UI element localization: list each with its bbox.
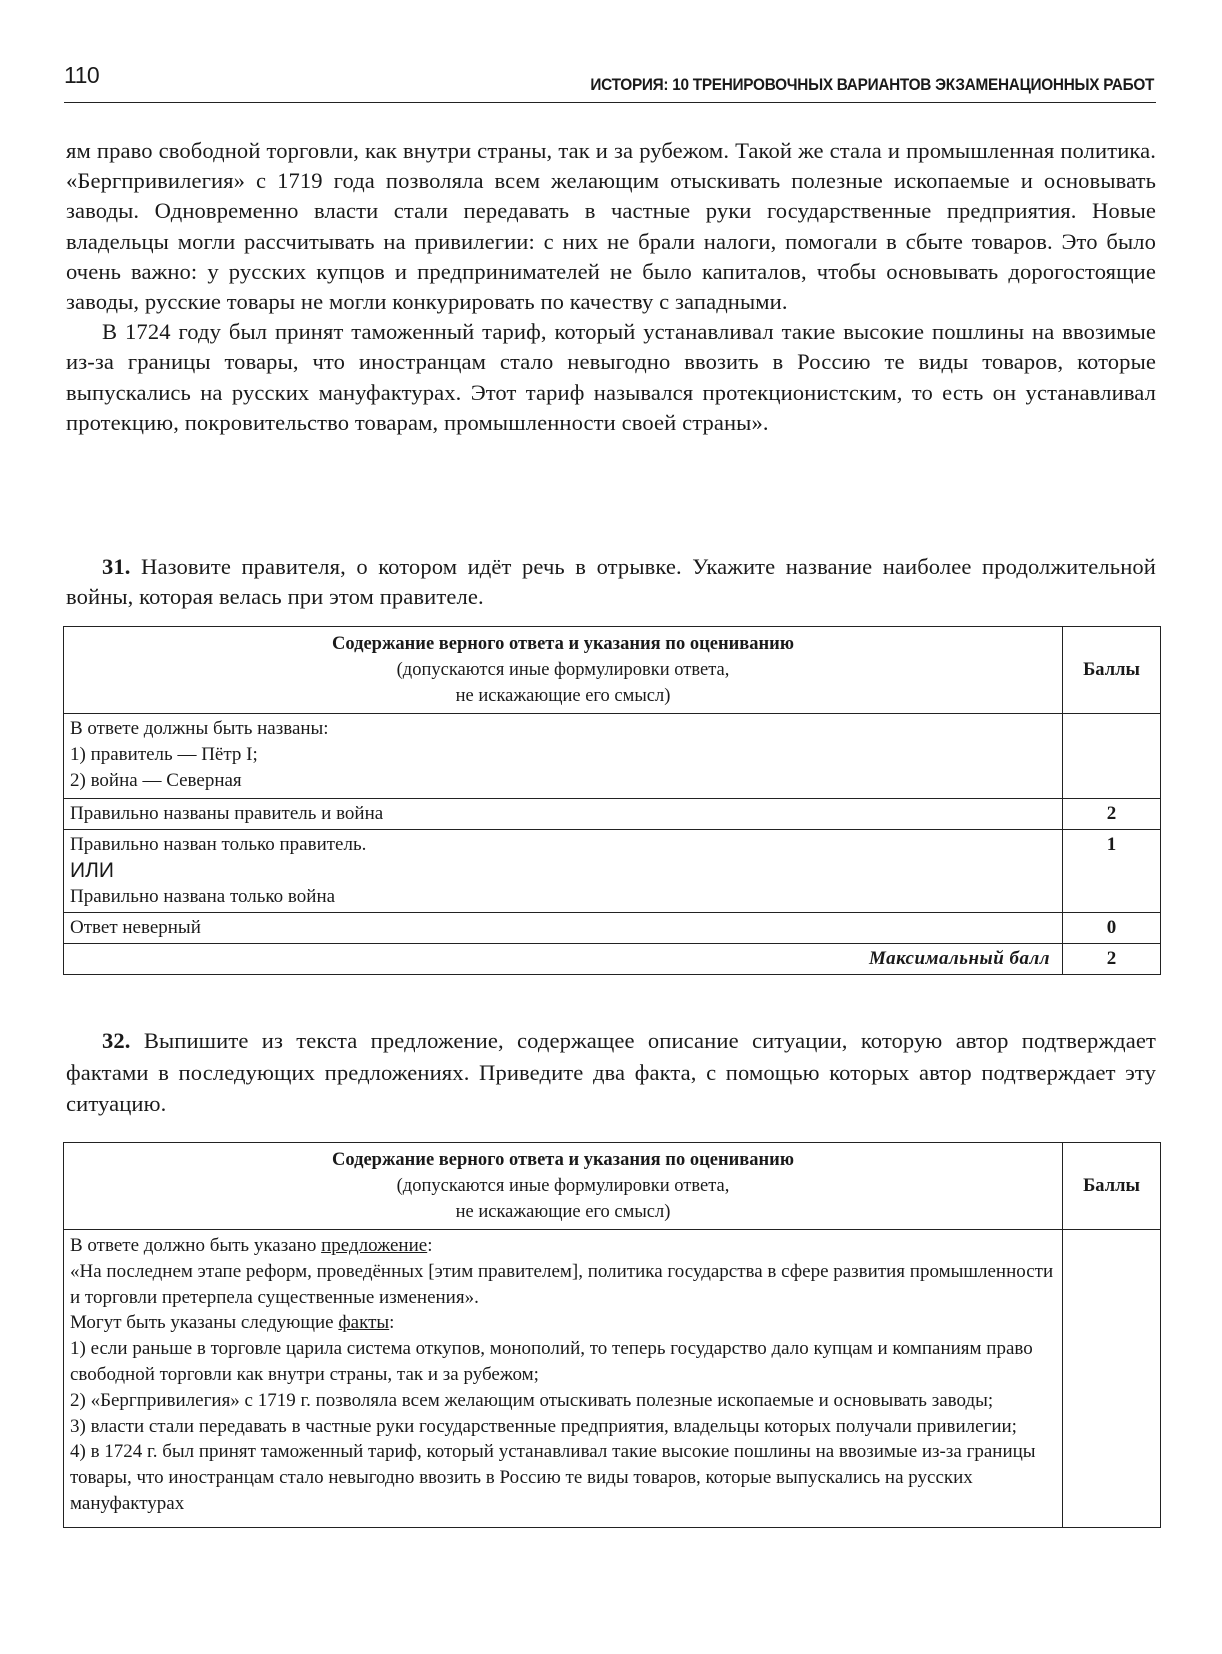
table-row: Ответ неверный 0 <box>64 913 1161 944</box>
header-note: (допускаются иные формулировки ответа, <box>70 657 1056 683</box>
colon: : <box>389 1312 394 1333</box>
fact-item: 3) власти стали передавать в частные рук… <box>70 1414 1056 1440</box>
table-row: Правильно назван только правитель. ИЛИ П… <box>64 830 1161 913</box>
points-cell <box>1063 1230 1161 1528</box>
sentence-intro-text: В ответе должно быть указано <box>70 1235 321 1256</box>
facts-keyword: факты <box>338 1312 389 1333</box>
colon: : <box>427 1235 432 1256</box>
max-score-value: 2 <box>1063 944 1161 975</box>
criterion-text: Правильно назван только правитель. <box>70 832 1056 858</box>
answer-intro: В ответе должны быть названы: <box>70 716 1056 742</box>
fact-item: 2) «Бергпривилегия» с 1719 г. позволяла … <box>70 1388 1056 1414</box>
header-points-cell: Баллы <box>1063 627 1161 714</box>
task-31-scoring-table: Содержание верного ответа и указания по … <box>63 626 1161 975</box>
header-rule <box>64 102 1156 103</box>
table-row: В ответе должно быть указано предложение… <box>64 1230 1161 1528</box>
header-title: Содержание верного ответа и указания по … <box>70 1147 1056 1173</box>
fact-item: 4) в 1724 г. был принят таможенный тариф… <box>70 1439 1056 1516</box>
sentence-keyword: предложение <box>321 1235 427 1256</box>
max-score-label: Максимальный балл <box>64 944 1063 975</box>
header-content-cell: Содержание верного ответа и указания по … <box>64 1143 1063 1230</box>
task-number: 31. <box>102 554 131 579</box>
answer-item: 2) война — Северная <box>70 768 1056 794</box>
source-passage: ям право свободной торговли, как внутри … <box>66 136 1156 438</box>
sentence-intro: В ответе должно быть указано предложение… <box>70 1233 1056 1259</box>
criterion-text: Правильно названа только война <box>70 884 1056 910</box>
points-cell: 0 <box>1063 913 1161 944</box>
criterion-cell: Правильно назван только правитель. ИЛИ П… <box>64 830 1063 913</box>
header-points-cell: Баллы <box>1063 1143 1161 1230</box>
key-sentence: «На последнем этапе реформ, проведённых … <box>70 1259 1056 1311</box>
task-31-prompt: 31. Назовите правителя, о котором идёт р… <box>66 552 1156 612</box>
fact-item: 1) если раньше в торговле царила система… <box>70 1336 1056 1388</box>
task-text: Назовите правителя, о котором идёт речь … <box>66 554 1156 609</box>
facts-intro: Могут быть указаны следующие факты: <box>70 1310 1056 1336</box>
points-cell: 2 <box>1063 799 1161 830</box>
table-header-row: Содержание верного ответа и указания по … <box>64 627 1161 714</box>
passage-paragraph: ям право свободной торговли, как внутри … <box>66 136 1156 317</box>
points-cell <box>1063 714 1161 799</box>
header-note: не искажающие его смысл) <box>70 1199 1056 1225</box>
task-32-prompt: 32. Выпишите из текста предложение, соде… <box>66 1025 1156 1120</box>
facts-intro-text: Могут быть указаны следующие <box>70 1312 338 1333</box>
answer-cell: В ответе должны быть названы: 1) правите… <box>64 714 1063 799</box>
header-content-cell: Содержание верного ответа и указания по … <box>64 627 1063 714</box>
table-header-row: Содержание верного ответа и указания по … <box>64 1143 1161 1230</box>
points-cell: 1 <box>1063 830 1161 913</box>
passage-paragraph: В 1724 году был принят таможенный тариф,… <box>66 317 1156 438</box>
task-32-scoring-table: Содержание верного ответа и указания по … <box>63 1142 1161 1528</box>
criterion-cell: Ответ неверный <box>64 913 1063 944</box>
running-title: ИСТОРИЯ: 10 ТРЕНИРОВОЧНЫХ ВАРИАНТОВ ЭКЗА… <box>590 76 1154 95</box>
answer-cell: В ответе должно быть указано предложение… <box>64 1230 1063 1528</box>
task-number: 32. <box>102 1028 131 1053</box>
criterion-cell: Правильно названы правитель и война <box>64 799 1063 830</box>
answer-item: 1) правитель — Пётр I; <box>70 742 1056 768</box>
max-score-row: Максимальный балл 2 <box>64 944 1161 975</box>
header-note: (допускаются иные формулировки ответа, <box>70 1173 1056 1199</box>
table-row: В ответе должны быть названы: 1) правите… <box>64 714 1161 799</box>
header-note: не искажающие его смысл) <box>70 683 1056 709</box>
header-title: Содержание верного ответа и указания по … <box>70 631 1056 657</box>
table-row: Правильно названы правитель и война 2 <box>64 799 1161 830</box>
task-text: Выпишите из текста предложение, содержащ… <box>66 1028 1156 1116</box>
page-number: 110 <box>64 62 99 89</box>
or-label: ИЛИ <box>70 858 1056 884</box>
